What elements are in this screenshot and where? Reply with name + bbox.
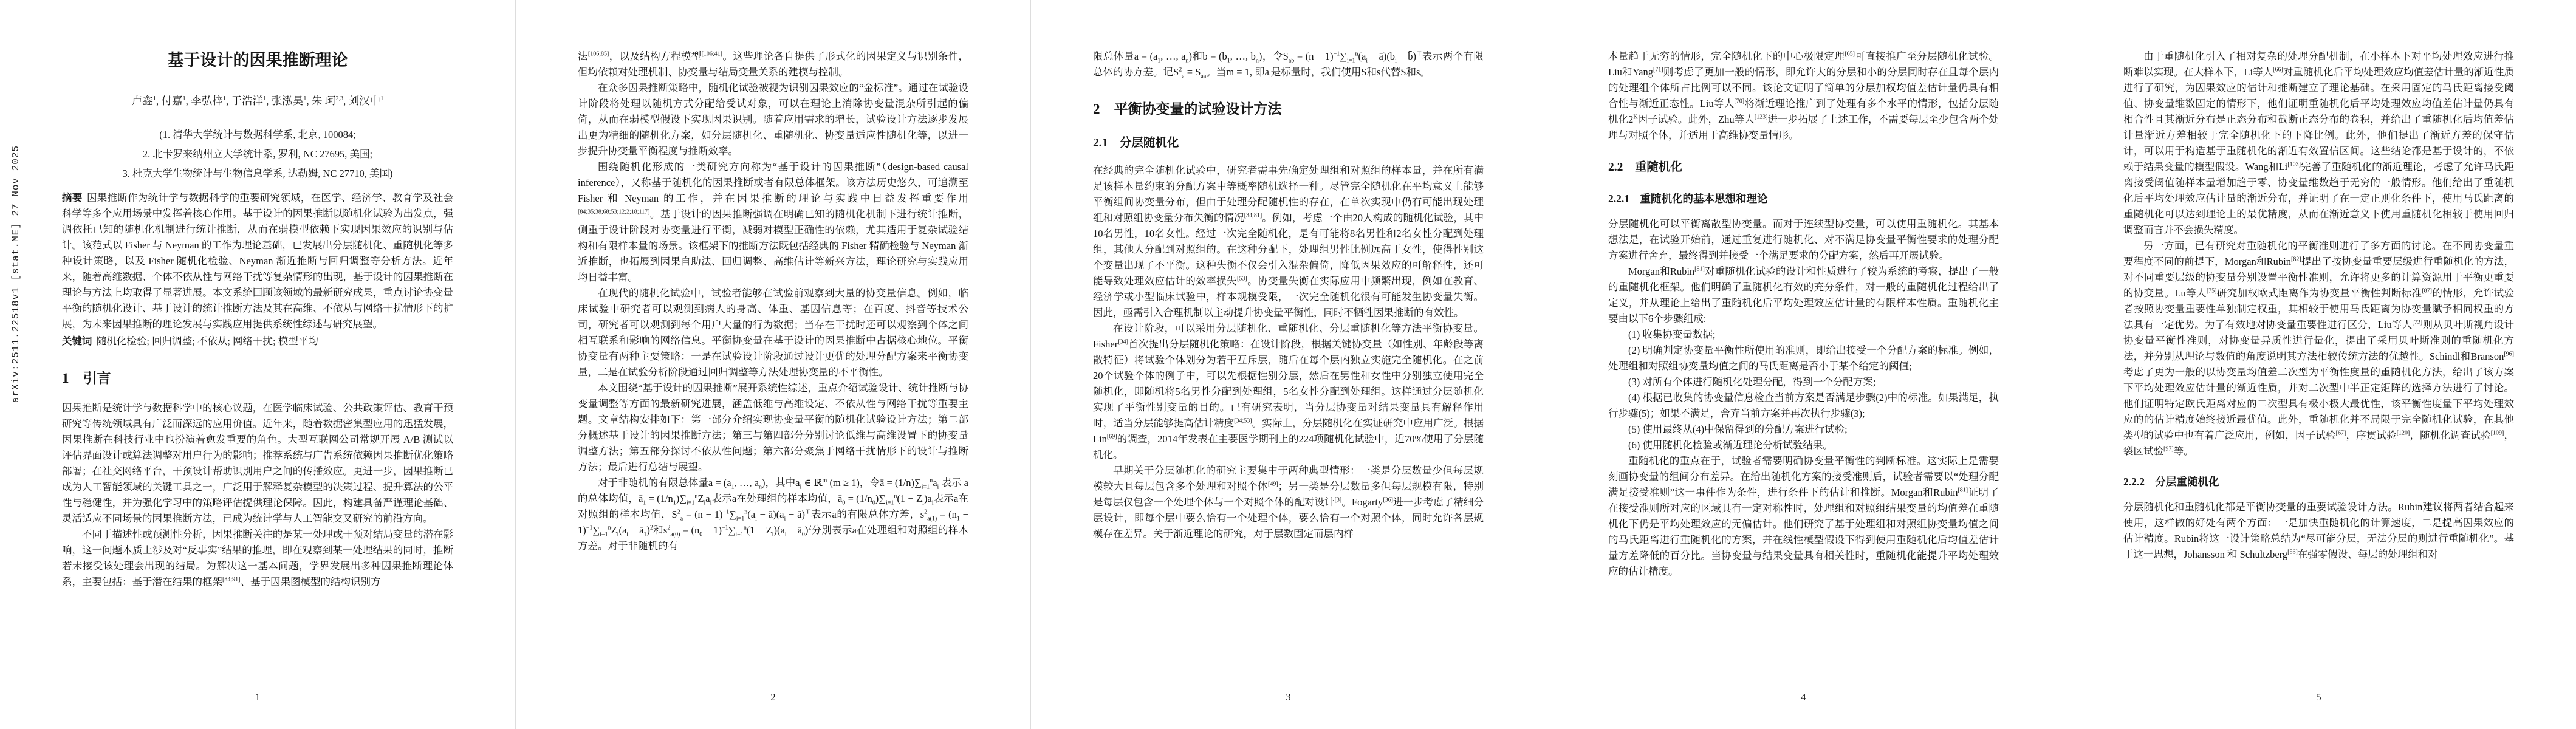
page-number: 1 bbox=[0, 691, 515, 703]
body-paragraph: 不同于描述性或预测性分析，因果推断关注的是某一处理或干预对结局变量的潜在影响，这… bbox=[62, 527, 453, 590]
section-heading: 2 平衡协变量的试验设计方法 bbox=[1093, 100, 1484, 119]
arxiv-watermark: arXiv:2511.22518v1 [stat.ME] 27 Nov 2025 bbox=[10, 61, 29, 487]
body-paragraph: 早期关于分层随机化的研究主要集中于两种典型情形：一类是分层数量少但每层规模较大且… bbox=[1093, 463, 1484, 542]
list-item: (3) 对所有个体进行随机化处理分配，得到一个分配方案; bbox=[1608, 374, 1999, 390]
subsection-heading: 2.1 分层随机化 bbox=[1093, 135, 1484, 152]
list-item: (4) 根据已收集的协变量信息检查当前方案是否满足步骤(2)中的标准。如果满足，… bbox=[1608, 390, 1999, 422]
list-item: (5) 使用最终从(4)中保留得到的分配方案进行试验; bbox=[1608, 422, 1999, 437]
list-item: (1) 收集协变量数据; bbox=[1608, 327, 1999, 343]
page-5: 由于重随机化引入了相对复杂的处理分配机制，在小样本下对平均处理效应进行推断难以实… bbox=[2061, 0, 2576, 729]
page-1: arXiv:2511.22518v1 [stat.ME] 27 Nov 2025… bbox=[0, 0, 515, 729]
page-2: 法[106;85]，以及结构方程模型[106;41]。这些理论各自提供了形式化的… bbox=[515, 0, 1030, 729]
body-paragraph: 围绕随机化形成的一类研究方向称为“基于设计的因果推断”（design-based… bbox=[578, 159, 968, 286]
abstract-text: 因果推断作为统计学与数据科学的重要研究领域，在医学、经济学、教育学及社会科学等多… bbox=[62, 192, 453, 330]
body-paragraph: 在设计阶段，可以采用分层随机化、重随机化、分层重随机化等方法平衡协变量。Fish… bbox=[1093, 321, 1484, 463]
page-number: 5 bbox=[2061, 691, 2576, 703]
subsubsection-heading: 2.2.1 重随机化的基本思想和理论 bbox=[1608, 191, 1999, 207]
list-item: (6) 使用随机化检验或渐近理论分析试验结果。 bbox=[1608, 437, 1999, 453]
list-item: (2) 明确判定协变量平衡性所使用的准则，即给出接受一个分配方案的标准。例如，处… bbox=[1608, 343, 1999, 374]
authors-line: 卢鑫1, 付嘉1, 李弘梓1, 于浩洋1, 张泓昊1, 朱 珂2,3, 刘汉中1 bbox=[62, 94, 453, 109]
keywords: 关键词随机化检验; 回归调整; 不依从; 网络干扰; 模型平均 bbox=[62, 334, 453, 349]
body-paragraph: 本文围绕“基于设计的因果推断”展开系统性综述，重点介绍试验设计、统计推断与协变量… bbox=[578, 380, 968, 475]
body-paragraph: Morgan和Rubin[81]对重随机化试验的设计和性质进行了较为系统的考察，… bbox=[1608, 264, 1999, 327]
affiliation-line: 2. 北卡罗来纳州立大学统计系, 罗利, NC 27695, 美国; bbox=[62, 148, 453, 161]
body-paragraph: 法[106;85]，以及结构方程模型[106;41]。这些理论各自提供了形式化的… bbox=[578, 49, 968, 80]
keywords-text: 随机化检验; 回归调整; 不依从; 网络干扰; 模型平均 bbox=[97, 335, 318, 347]
affiliation-line: 3. 杜克大学生物统计与生物信息学系, 达勒姆, NC 27710, 美国) bbox=[62, 167, 453, 180]
body-paragraph: 在众多因果推断策略中，随机化试验被视为识别因果效应的“金标准”。通过在试验设计阶… bbox=[578, 80, 968, 159]
subsection-heading: 2.2 重随机化 bbox=[1608, 159, 1999, 176]
body-paragraph: 本量趋于无穷的情形，完全随机化下的中心极限定理[65]可直接推广至分层随机化试验… bbox=[1608, 49, 1999, 143]
body-paragraph: 分层随机化可以平衡离散型协变量。而对于连续型协变量，可以使用重随机化。其基本想法… bbox=[1608, 216, 1999, 264]
body-paragraph: 分层随机化和重随机化都是平衡协变量的重要试验设计方法。Rubin建议将两者结合起… bbox=[2123, 499, 2514, 563]
body-paragraph: 限总体量a = (a1, …, an)和b = (b1, …, bn)，令Sab… bbox=[1093, 49, 1484, 80]
subsubsection-heading: 2.2.2 分层重随机化 bbox=[2123, 474, 2514, 490]
body-paragraph: 因果推断是统计学与数据科学中的核心议题，在医学临床试验、公共政策评估、教育干预研… bbox=[62, 400, 453, 527]
body-paragraph: 对于非随机的有限总体量a = (a1, …, an)，其中ai ∈ ℝm (m … bbox=[578, 475, 968, 554]
abstract-label: 摘要 bbox=[62, 192, 83, 204]
abstract: 摘要因果推断作为统计学与数据科学的重要研究领域，在医学、经济学、教育学及社会科学… bbox=[62, 190, 453, 332]
page-number: 3 bbox=[1031, 691, 1546, 703]
page-number: 2 bbox=[516, 691, 1030, 703]
document-strip: arXiv:2511.22518v1 [stat.ME] 27 Nov 2025… bbox=[0, 0, 2576, 729]
page-4: 本量趋于无穷的情形，完全随机化下的中心极限定理[65]可直接推广至分层随机化试验… bbox=[1546, 0, 2061, 729]
body-paragraph: 在经典的完全随机化试验中，研究者需事先确定处理组和对照组的样本量，并在所有满足该… bbox=[1093, 163, 1484, 321]
page-3: 限总体量a = (a1, …, an)和b = (b1, …, bn)，令Sab… bbox=[1030, 0, 1546, 729]
body-paragraph: 另一方面，已有研究对重随机化的平衡准则进行了多方面的讨论。在不同协变量重要程度不… bbox=[2123, 238, 2514, 459]
body-paragraph: 重随机化的重点在于，试验者需要明确协变量平衡性的判断标准。这实际上是需要刻画协变… bbox=[1608, 453, 1999, 580]
body-paragraph: 在现代的随机化试验中，试验者能够在试验前观察到大量的协变量信息。例如，临床试验中… bbox=[578, 286, 968, 380]
section-heading: 1 引言 bbox=[62, 369, 453, 388]
keywords-label: 关键词 bbox=[62, 335, 92, 347]
body-paragraph: 由于重随机化引入了相对复杂的处理分配机制，在小样本下对平均处理效应进行推断难以实… bbox=[2123, 49, 2514, 238]
paper-title: 基于设计的因果推断理论 bbox=[62, 49, 453, 72]
page-number: 4 bbox=[1546, 691, 2061, 703]
affiliation-line: (1. 清华大学统计与数据科学系, 北京, 100084; bbox=[62, 128, 453, 142]
